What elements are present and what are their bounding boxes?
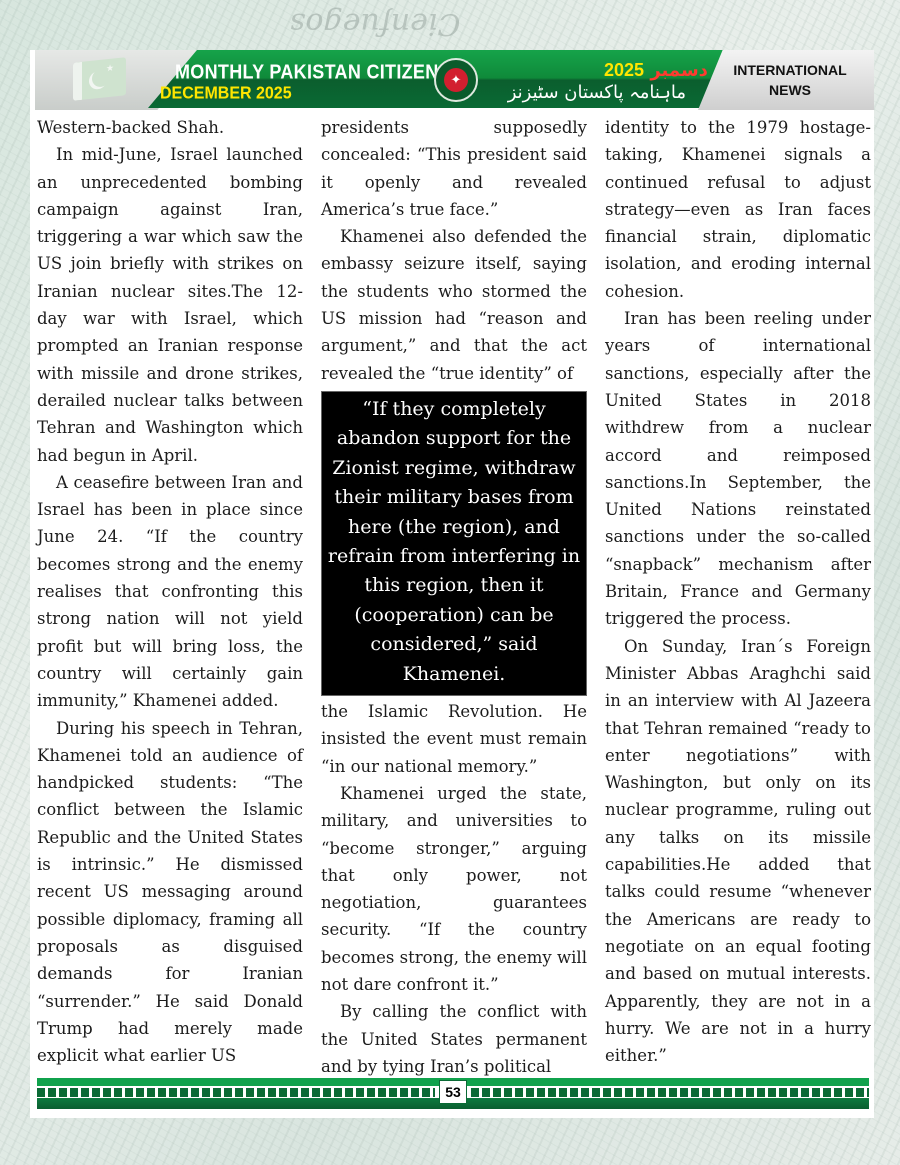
section-label: INTERNATIONAL NEWS <box>710 60 870 100</box>
paragraph: By calling the conflict with the United … <box>321 998 587 1080</box>
paragraph: identity to the 1979 hostage-taking, Kha… <box>605 114 871 305</box>
urdu-issue-date: دسمبر 2025 <box>604 60 708 81</box>
magazine-title: MONTHLY PAKISTAN CITIZENS <box>175 60 451 84</box>
urdu-year: 2025 <box>604 60 644 80</box>
urdu-month: دسمبر <box>650 60 708 81</box>
eagle-icon: ✦ <box>444 68 468 92</box>
paragraph: During his speech in Tehran, Khamenei to… <box>37 715 303 1070</box>
section-label-line2: NEWS <box>710 80 870 100</box>
footer-square-strip: 53 <box>37 1086 869 1098</box>
paragraph: Iran has been reeling under years of int… <box>605 305 871 633</box>
square-pattern-left <box>37 1088 435 1097</box>
pull-quote: “If they completely abandon support for … <box>321 391 587 696</box>
paragraph: On Sunday, Iran´s Foreign Minister Abbas… <box>605 633 871 1070</box>
paragraph: the Islamic Revolution. He insisted the … <box>321 698 587 780</box>
pakistan-flag-icon: ★ <box>73 57 126 101</box>
square-pattern-right <box>471 1088 869 1097</box>
eagle-emblem-logo: ✦ <box>434 58 478 102</box>
page-footer: 53 <box>37 1076 869 1112</box>
background-watermark-text: Cienfuegos <box>290 6 460 41</box>
article-column-3: identity to the 1979 hostage-taking, Kha… <box>605 114 871 1069</box>
paragraph: Khamenei also defended the embassy seizu… <box>321 223 587 387</box>
paragraph: presidents supposedly concealed: “This p… <box>321 114 587 223</box>
article-column-2: presidents supposedly concealed: “This p… <box>321 114 587 1080</box>
page-header: ★ MONTHLY PAKISTAN CITIZENS DECEMBER 202… <box>30 50 874 112</box>
section-label-line1: INTERNATIONAL <box>710 60 870 80</box>
paragraph: Khamenei urged the state, military, and … <box>321 780 587 998</box>
urdu-magazine-title: ماہنامہ پاکستان سٹیزنز <box>486 82 686 103</box>
paragraph: Western-backed Shah. <box>37 114 303 141</box>
article-column-1: Western-backed Shah. In mid-June, Israel… <box>37 114 303 1069</box>
star-icon: ★ <box>106 63 114 74</box>
paragraph: In mid-June, Israel launched an unpreced… <box>37 141 303 469</box>
page-number: 53 <box>439 1080 467 1104</box>
issue-date: DECEMBER 2025 <box>160 84 292 104</box>
paragraph: A ceasefire between Iran and Israel has … <box>37 469 303 715</box>
magazine-page: ★ MONTHLY PAKISTAN CITIZENS DECEMBER 202… <box>30 50 874 1118</box>
